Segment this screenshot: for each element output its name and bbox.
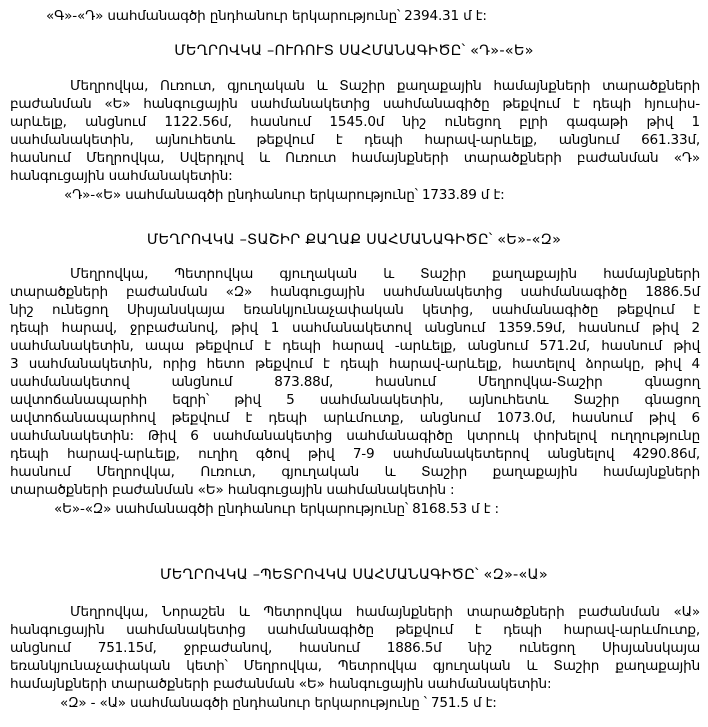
paragraph-line: տարածքների բաժանման «Ե» հանգուցային սահմ… — [0, 481, 708, 499]
boundary-total-z-a: «Զ» - «Ա» սահմանագծի ընդհանուր երկարությ… — [0, 694, 708, 712]
paragraph-line: եռանկյունաչափական կետի՝ Մեղրովկա, Պետրով… — [0, 657, 708, 675]
paragraph-line: հանգուցային սահմանակետին: — [0, 167, 708, 185]
paragraph-line: սահմանակետին: Թիվ 6 սահմանակետից սահմանա… — [0, 427, 708, 445]
paragraph-line: 3 սահմանակետին, որից հետո թեքվում է դեպի… — [0, 355, 708, 373]
paragraph-line: դեպի հարավ-արևելք, ուղիղ գծով թիվ 7-9 սա… — [0, 445, 708, 463]
paragraph-line: տարածքների բաժանման «Զ» հանգուցային սահմ… — [0, 283, 708, 301]
paragraph-line: սահմանակետին, այնուհետև թեքվում է դեպի հ… — [0, 131, 708, 149]
paragraph-line: սահմանակետով անցնում 873.88մ, հասնում Մե… — [0, 373, 708, 391]
paragraph-line: ավտոճանապարհով թեքվում է դեպի արևմուտք, … — [0, 409, 708, 427]
boundary-total-e-z: «Ե»-«Զ» սահմանագծի ընդհանուր երկարությու… — [0, 500, 708, 518]
paragraph-line: ավտոճանապարհի եզրի՝ թիվ 5 սահմանակետին, … — [0, 391, 708, 409]
paragraph-line: սահմանակետին, ապա թեքվում է դեպի հարավ -… — [0, 337, 708, 355]
document-page: «Գ»-«Դ» սահմանագծի ընդհանուր երկարությու… — [0, 0, 708, 727]
section-heading-z-a: ՄԵՂՐՈՎԿԱ –ՊԵՏՐՈՎԿԱ ՍԱՀՄԱՆԱԳԻԾԸ՝ «Զ»-«Ա» — [0, 566, 708, 584]
paragraph-line: հանգուցային սահմանակետից սահմանագիծը թեք… — [0, 621, 708, 639]
paragraph-line: համայնքների տարածքների բաժանման «Ե» հանգ… — [0, 675, 708, 693]
paragraph-line: բաժանման «Ե» հանգուցային սահմանակետից սա… — [0, 95, 708, 113]
boundary-total-g-d: «Գ»-«Դ» սահմանագծի ընդհանուր երկարությու… — [0, 7, 708, 25]
paragraph-line: հասնում Մեղրովկա, Սվերդլով և Ուռուտ համա… — [0, 149, 708, 167]
paragraph-line: անցնում 751.15մ, ջրբաժանով, հասնում 1886… — [0, 639, 708, 657]
paragraph-line: Մեղրովկա, Պետրովկա գյուղական և Տաշիր քաղ… — [0, 265, 708, 283]
paragraph-line: նիշ ունեցող Սիսյանսկայա եռանկյունաչափակա… — [0, 301, 708, 319]
paragraph-line: արևելք, անցնում 1122.56մ, հասնում 1545.0… — [0, 113, 708, 131]
paragraph-line: հասնում Մեղրովկա, Ուռուտ, գյուղական և Տա… — [0, 463, 708, 481]
paragraph-line: Մեղրովկա, Նորաշեն և Պետրովկա համայնքների… — [0, 603, 708, 621]
paragraph-line: դեպի հարավ, ջրբաժանով, թիվ 1 սահմանակետո… — [0, 319, 708, 337]
section-heading-d-e: ՄԵՂՐՈՎԿԱ –ՈՒՌՈՒՏ ՍԱՀՄԱՆԱԳԻԾԸ՝ «Դ»-«Ե» — [0, 42, 708, 60]
section-heading-e-z: ՄԵՂՐՈՎԿԱ –ՏԱՇԻՐ ՔԱՂԱՔ ՍԱՀՄԱՆԱԳԻԾԸ՝ «Ե»-«… — [0, 231, 708, 249]
boundary-total-d-e: «Դ»-«Ե» սահմանագծի ընդհանուր երկարությու… — [0, 186, 708, 204]
paragraph-line: Մեղրովկա, Ուռուտ, գյուղական և Տաշիր քաղա… — [0, 77, 708, 95]
